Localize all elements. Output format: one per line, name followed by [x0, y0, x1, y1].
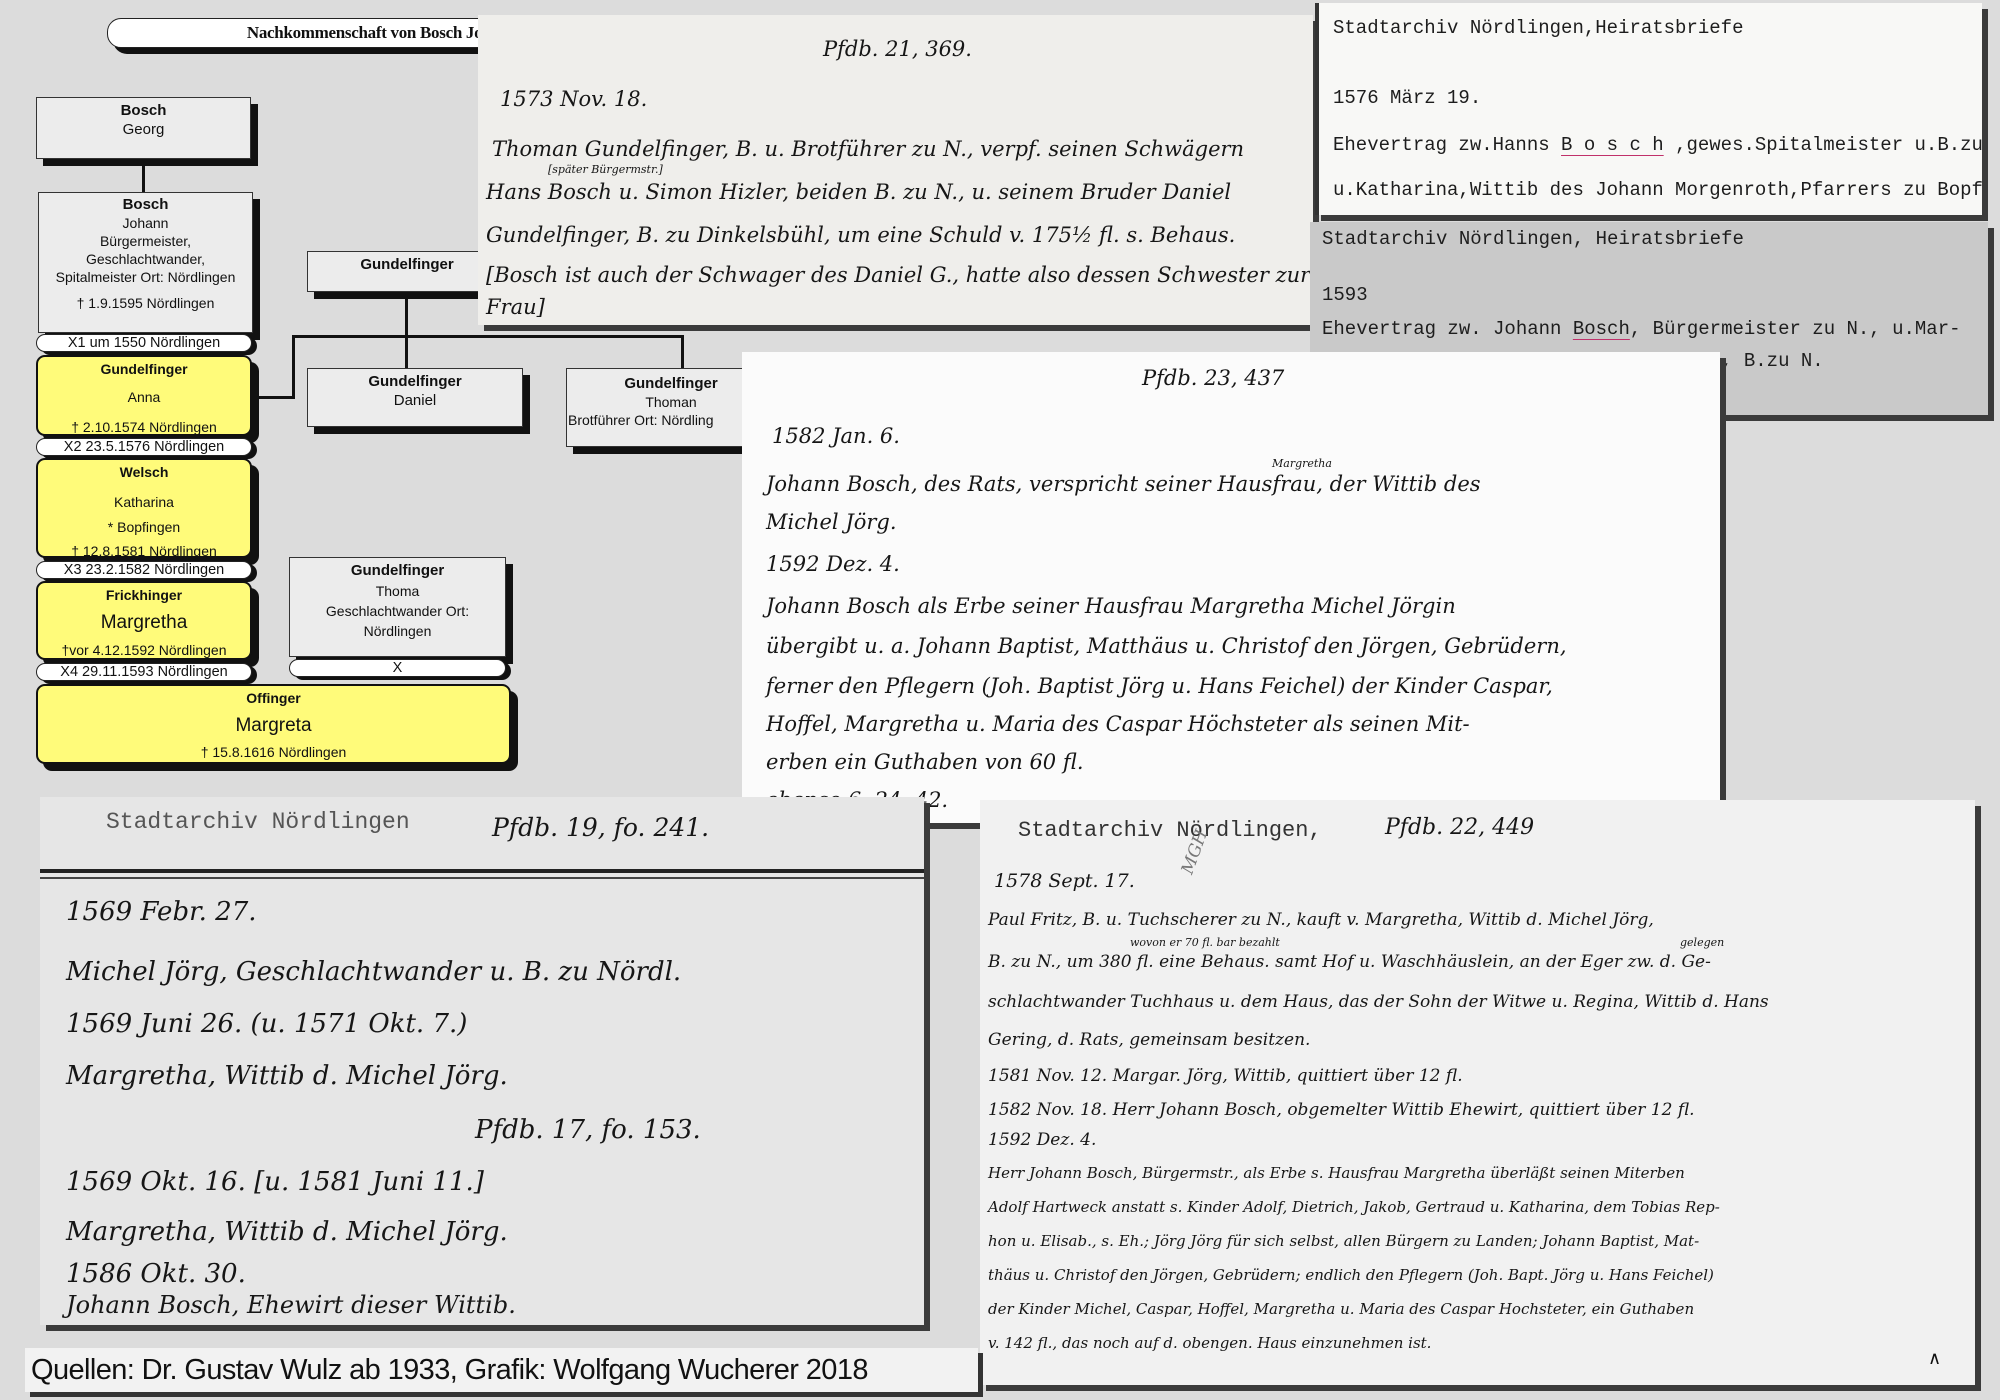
card-line: Ehevertrag zw.Hanns B o s c h ,gewes.Spi…: [1333, 134, 1982, 156]
card-header: Stadtarchiv Nördlingen, Heiratsbriefe: [1322, 228, 1744, 250]
card-interlinear: wovon er 70 fl. bar bezahlt: [1130, 936, 1280, 949]
card-line: Frau]: [486, 295, 545, 319]
card-entry: B. zu N., um 380 fl. eine Behaus. samt H…: [988, 952, 1711, 972]
marriage-pill-2: X2 23.5.1576 Nördlingen: [36, 438, 252, 456]
card-ref: Pfdb. 19, fo. 241.: [492, 813, 709, 842]
card-entry: Johann Bosch als Erbe seiner Hausfrau Ma…: [766, 594, 1456, 618]
card-ref: Pfdb. 21, 369.: [823, 37, 972, 61]
archive-card-1569: Stadtarchiv Nördlingen Pfdb. 19, fo. 241…: [40, 797, 924, 1325]
spouse-box-4[interactable]: Offinger Margreta † 15.8.1616 Nördlingen: [36, 684, 511, 764]
card-entry: 1586 Okt. 30.: [66, 1259, 246, 1289]
card-entry: 1592 Dez. 4.: [988, 1130, 1096, 1150]
archive-card-1573: Pfdb. 21, 369. 1573 Nov. 18. Thoman Gund…: [478, 15, 1313, 325]
card-interlinear: gelegen: [1680, 936, 1724, 949]
marriage-pill-thoma: X: [289, 659, 506, 677]
card-entry: Margretha, Wittib d. Michel Jörg.: [66, 1217, 508, 1247]
archive-card-1576: Stadtarchiv Nördlingen,Heiratsbriefe 157…: [1315, 3, 1982, 215]
card-date: 1576 März 19.: [1333, 87, 1481, 109]
connector-to-thoman: [681, 335, 684, 369]
card-entry: 1581 Nov. 12. Margar. Jörg, Wittib, quit…: [988, 1066, 1463, 1086]
card-line: Ehevertrag zw. Johann Bosch, Bürgermeist…: [1322, 318, 1961, 340]
card-line: Gundelfinger, B. zu Dinkelsbühl, um eine…: [486, 223, 1235, 247]
card-header: Stadtarchiv Nördlingen,: [1018, 818, 1322, 843]
card-entry: 1582 Jan. 6.: [772, 424, 900, 448]
card-entry: 1569 Juni 26. (u. 1571 Okt. 7.): [66, 1009, 467, 1039]
card-entry: thäus u. Christof den Jörgen, Gebrüdern;…: [988, 1266, 1714, 1284]
card-line: Hans Bosch u. Simon Hizler, beiden B. zu…: [486, 180, 1231, 204]
card-entry: Johann Bosch, des Rats, verspricht seine…: [766, 472, 1481, 496]
card-entry: Hoffel, Margretha u. Maria des Caspar Hö…: [766, 712, 1470, 736]
card-entry: Adolf Hartweck anstatt s. Kinder Adolf, …: [988, 1198, 1720, 1216]
card-entry: übergibt u. a. Johann Baptist, Matthäus …: [766, 634, 1567, 658]
card-entry: 1569 Febr. 27.: [66, 897, 257, 927]
card-line: [Bosch ist auch der Schwager des Daniel …: [486, 263, 1310, 287]
connector-anna-stub: [253, 396, 295, 399]
marriage-pill-3: X3 23.2.1582 Nördlingen: [36, 561, 252, 579]
card-date: 1593: [1322, 284, 1368, 306]
card-interlinear: [später Bürgermstr.]: [548, 163, 663, 176]
card-interlinear: Margretha: [1272, 457, 1332, 470]
card-ref: Pfdb. 23, 437: [1142, 366, 1284, 390]
archive-card-1582: Pfdb. 23, 437 1582 Jan. 6. Margretha Joh…: [742, 352, 1720, 823]
card-rule: [40, 877, 924, 879]
person-box-gundelfinger-parent[interactable]: Gundelfinger: [307, 251, 507, 292]
marriage-pill-4: X4 29.11.1593 Nördlingen: [36, 663, 252, 681]
card-entry: erben ein Guthaben von 60 fl.: [766, 750, 1084, 774]
card-header: Stadtarchiv Nördlingen: [106, 809, 410, 835]
card-entry: Michel Jörg.: [766, 510, 897, 534]
card-entry: schlachtwander Tuchhaus u. dem Haus, das…: [988, 992, 1769, 1012]
connector-to-daniel: [405, 335, 408, 369]
card-header: Stadtarchiv Nördlingen,Heiratsbriefe: [1333, 17, 1743, 39]
card-entry: ferner den Pflegern (Joh. Baptist Jörg u…: [766, 674, 1553, 698]
card-entry: Gering, d. Rats, gemeinsam besitzen.: [988, 1030, 1310, 1050]
card-entry: Paul Fritz, B. u. Tuchscherer zu N., kau…: [988, 910, 1654, 930]
card-ref: Pfdb. 22, 449: [1385, 815, 1534, 840]
card-date: 1573 Nov. 18.: [500, 87, 647, 111]
highlighted-name: B o s c h: [1561, 134, 1664, 156]
card-entry: Michel Jörg, Geschlachtwander u. B. zu N…: [66, 957, 681, 987]
card-entry: Margretha, Wittib d. Michel Jörg.: [66, 1061, 508, 1091]
source-caption: Quellen: Dr. Gustav Wulz ab 1933, Grafik…: [25, 1348, 978, 1392]
spouse-box-2[interactable]: Welsch Katharina * Bopfingen † 12.8.1581…: [36, 458, 252, 558]
card-entry: der Kinder Michel, Caspar, Hoffel, Margr…: [988, 1300, 1694, 1318]
connector-to-anna: [292, 335, 295, 398]
card-entry: 1578 Sept. 17.: [994, 870, 1135, 892]
card-entry: 1569 Okt. 16. [u. 1581 Juni 11.]: [66, 1167, 484, 1197]
card-entry: Herr Johann Bosch, Bürgermstr., als Erbe…: [988, 1164, 1685, 1182]
tree-title: Nachkommenschaft von Bosch Johann: [107, 18, 527, 48]
card-entry: 1592 Dez. 4.: [766, 552, 900, 576]
person-box-daniel[interactable]: Gundelfinger Daniel: [307, 368, 523, 427]
person-box-main[interactable]: Bosch Johann Bürgermeister, Geschlachtwa…: [38, 192, 253, 333]
card-line: Thoman Gundelfinger, B. u. Brotführer zu…: [492, 137, 1244, 161]
person-box-father[interactable]: Bosch Georg: [36, 97, 251, 159]
spouse-box-1[interactable]: Gundelfinger Anna † 2.10.1574 Nördlingen: [36, 355, 252, 436]
marriage-pill-1: X1 um 1550 Nördlingen: [36, 334, 252, 352]
card-rule: [40, 869, 924, 873]
archive-card-1578: Stadtarchiv Nördlingen, Pfdb. 22, 449 MG…: [980, 800, 1975, 1385]
spouse-box-3[interactable]: Frickhinger Margretha †vor 4.12.1592 Nör…: [36, 581, 252, 660]
page-mark: ∧: [1928, 1348, 1941, 1369]
highlighted-name: Bosch: [1573, 318, 1630, 340]
card-entry: v. 142 fl., das noch auf d. obengen. Hau…: [988, 1334, 1431, 1352]
connector-gundelfinger-parent: [405, 298, 408, 336]
connector-father-person: [142, 158, 145, 193]
card-entry: Johann Bosch, Ehewirt dieser Wittib.: [66, 1291, 516, 1319]
connector-siblings-bar: [292, 335, 684, 338]
card-entry: 1582 Nov. 18. Herr Johann Bosch, obgemel…: [988, 1100, 1695, 1120]
card-line: u.Katharina,Wittib des Johann Morgenroth…: [1333, 179, 1982, 201]
card-ref: Pfdb. 17, fo. 153.: [475, 1115, 701, 1145]
person-box-thoma[interactable]: Gundelfinger Thoma Geschlachtwander Ort:…: [289, 557, 506, 657]
card-entry: hon u. Elisab., s. Eh.; Jörg Jörg für si…: [988, 1232, 1699, 1250]
